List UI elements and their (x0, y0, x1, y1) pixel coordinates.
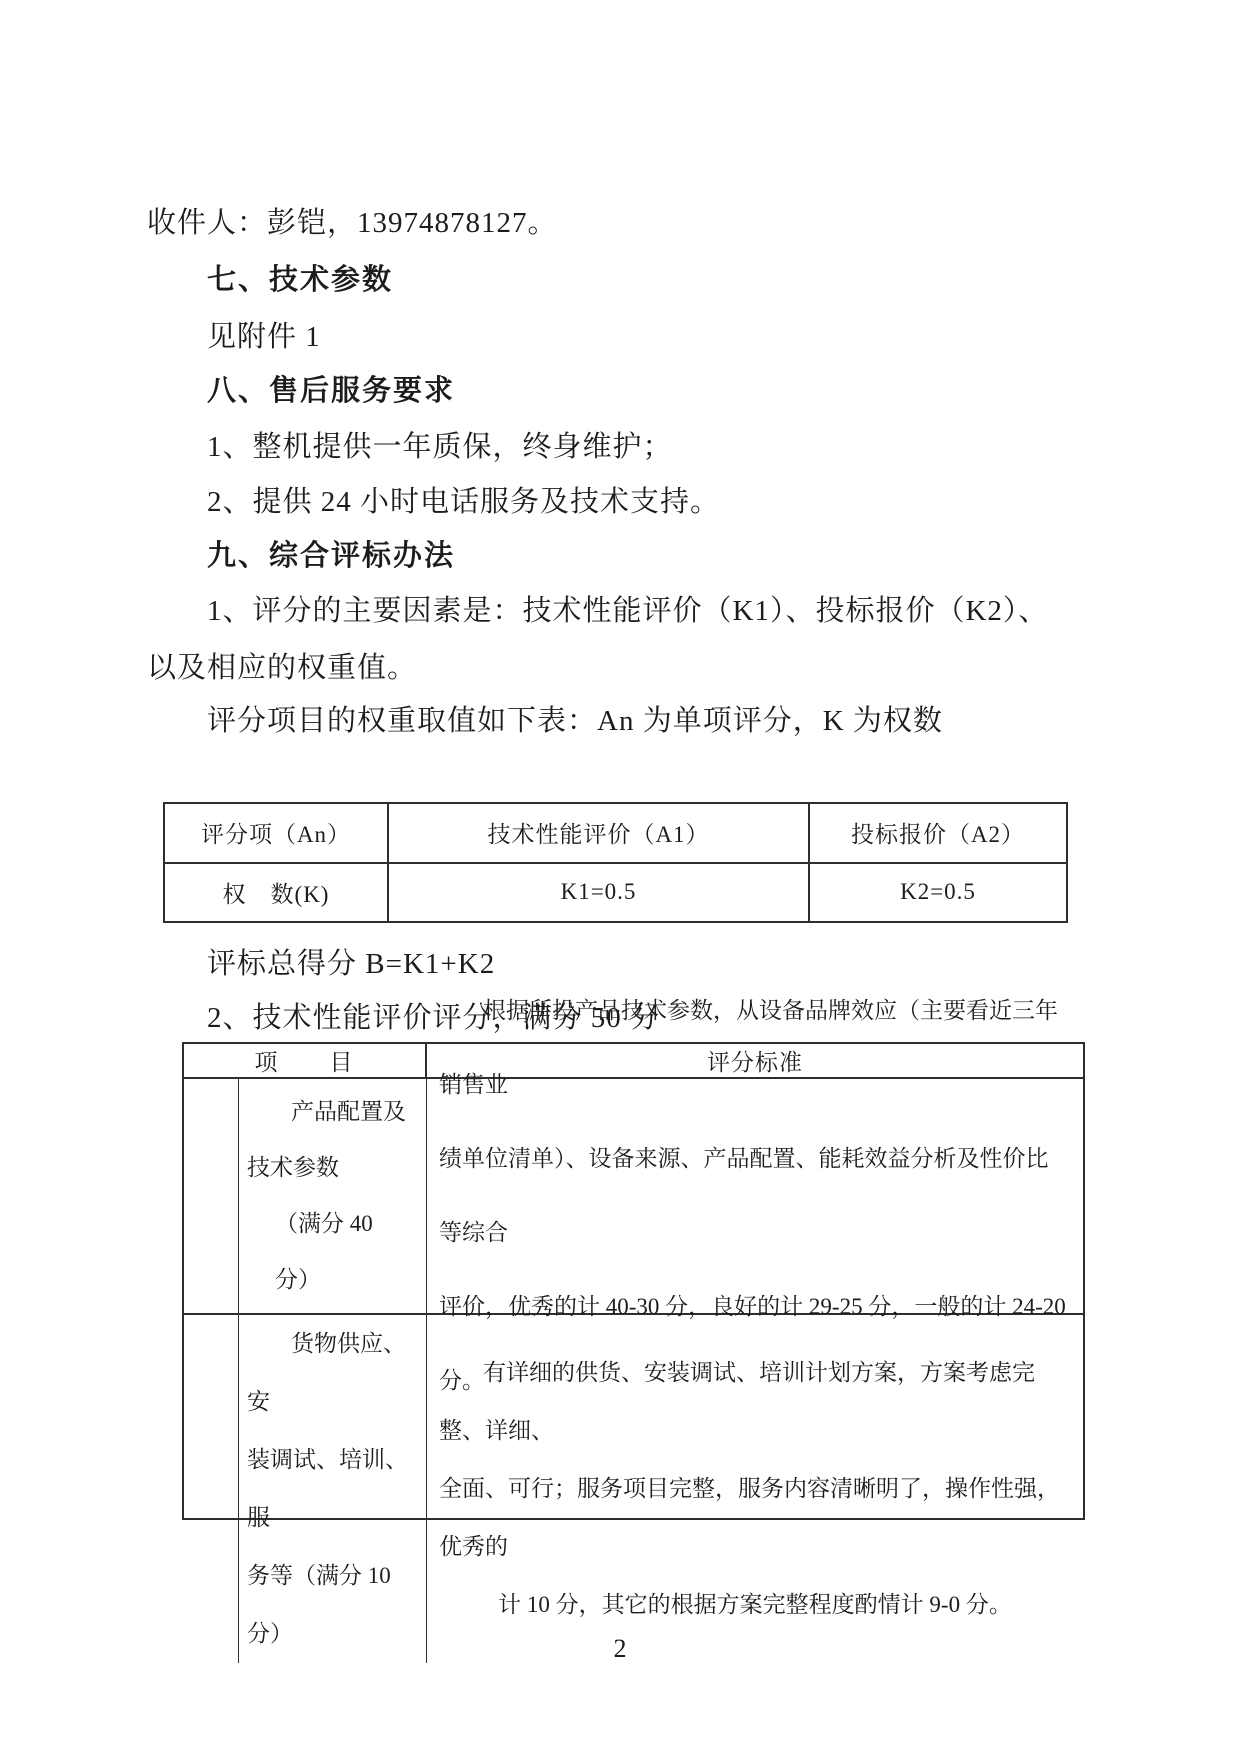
tech-eval-row1-item-cell: 产品配置及 技术参数 （满分 40 分） (239, 1079, 427, 1313)
page-number: 2 (0, 1634, 1240, 1664)
item-line: 技术参数 (247, 1140, 418, 1196)
item-line: 装调试、培训、服 (247, 1431, 418, 1547)
section-9-heading: 九、综合评标办法 (207, 538, 455, 574)
tech-eval-row-service: 货物供应、安 装调试、培训、服 务等（满分 10 分） 有详细的供货、安装调试、… (184, 1315, 1083, 1663)
recipient-line: 收件人：彭铠，13974878127。 (147, 205, 558, 241)
tech-eval-row1-standard-cell: 根据所投产品技术参数，从设备品牌效应（主要看近三年销售业 绩单位清单）、设备来源… (427, 1079, 1083, 1313)
weights-value-k2: K2=0.5 (810, 864, 1066, 922)
see-attachment-line: 见附件 1 (207, 319, 321, 355)
section-7-heading: 七、技术参数 (207, 262, 393, 298)
weights-intro-line: 评分项目的权重取值如下表：An 为单项评分，K 为权数 (207, 703, 943, 739)
tech-eval-table: 项 目 评分标准 产品配置及 技术参数 （满分 40 分） 根据所投产品技术参数… (182, 1042, 1085, 1520)
weights-header-item: 评分项（An） (165, 804, 389, 862)
tech-eval-header-item: 项 目 (184, 1044, 427, 1077)
tech-eval-row2-standard-cell: 有详细的供货、安装调试、培训计划方案，方案考虑完整、详细、 全面、可行；服务项目… (427, 1315, 1083, 1663)
weights-table: 评分项（An） 技术性能评价（A1） 投标报价（A2） 权 数(K) K1=0.… (163, 802, 1068, 923)
item-line: （满分 40 (247, 1196, 418, 1252)
item-line: 货物供应、安 (247, 1315, 418, 1431)
tech-eval-row2-spacer-cell (184, 1315, 239, 1663)
standard-line: 根据所投产品技术参数，从设备品牌效应（主要看近三年销售业 (439, 974, 1071, 1122)
after-sale-item-1: 1、整机提供一年质保，终身维护； (207, 429, 673, 465)
eval-factors-line-2: 以及相应的权重值。 (147, 650, 417, 686)
weights-value-k1: K1=0.5 (389, 864, 810, 922)
standard-line: 绩单位清单）、设备来源、产品配置、能耗效益分析及性价比等综合 (439, 1122, 1071, 1270)
tech-eval-row2-item-cell: 货物供应、安 装调试、培训、服 务等（满分 10 分） (239, 1315, 427, 1663)
standard-line: 有详细的供货、安装调试、培训计划方案，方案考虑完整、详细、 (439, 1344, 1071, 1460)
weights-header-price: 投标报价（A2） (810, 804, 1066, 862)
item-line: 分） (247, 1252, 418, 1308)
weights-value-label: 权 数(K) (165, 864, 389, 922)
tech-eval-row1-spacer-cell (184, 1079, 239, 1313)
standard-line: 全面、可行；服务项目完整，服务内容清晰明了，操作性强，优秀的 (439, 1460, 1071, 1576)
standard-line: 计 10 分，其它的根据方案完整程度酌情计 9-0 分。 (439, 1576, 1071, 1634)
eval-factors-line-1: 1、评分的主要因素是：技术性能评价（K1）、投标报价（K2）、 (207, 593, 1048, 629)
after-sale-item-2: 2、提供 24 小时电话服务及技术支持。 (207, 484, 720, 520)
weights-table-header-row: 评分项（An） 技术性能评价（A1） 投标报价（A2） (165, 804, 1066, 864)
tech-eval-row-product: 产品配置及 技术参数 （满分 40 分） 根据所投产品技术参数，从设备品牌效应（… (184, 1079, 1083, 1315)
weights-table-value-row: 权 数(K) K1=0.5 K2=0.5 (165, 864, 1066, 922)
document-page: 收件人：彭铠，13974878127。 七、技术参数 见附件 1 八、售后服务要… (0, 0, 1240, 1754)
item-line: 产品配置及 (247, 1084, 418, 1140)
section-8-heading: 八、售后服务要求 (207, 373, 455, 409)
weights-header-tech: 技术性能评价（A1） (389, 804, 810, 862)
